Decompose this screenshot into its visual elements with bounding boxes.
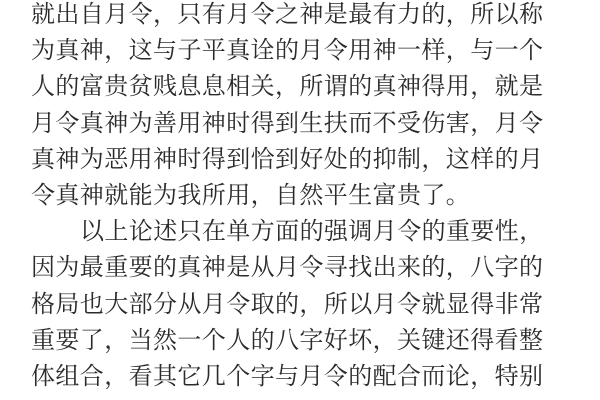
text-line-indented: 以上论述只在单方面的强调月令的重要性， (31, 213, 571, 249)
text-line: 为真神，这与子平真诠的月令用神一样，与一个 (31, 32, 571, 68)
text-line: 重要了，当然一个人的八字好坏，关键还得看整 (31, 322, 571, 358)
text-line: 就出自月令，只有月令之神是最有力的，所以称 (31, 0, 571, 32)
text-line: 令真神就能为我所用，自然平生富贵了。 (31, 177, 571, 213)
text-line: 人的富贵贫贱息息相关，所谓的真神得用，就是 (31, 68, 571, 104)
text-line: 月令真神为善用神时得到生扶而不受伤害，月令 (31, 105, 571, 141)
text-line: 因为最重要的真神是从月令寻找出来的，八字的 (31, 249, 571, 285)
text-line: 体组合，看其它几个字与月令的配合而论，特别 (31, 358, 571, 394)
text-line: 格局也大部分从月令取的，所以月令就显得非常 (31, 286, 571, 322)
paragraph-1: 就出自月令，只有月令之神是最有力的，所以称 为真神，这与子平真诠的月令用神一样，… (31, 0, 571, 213)
document-body: 就出自月令，只有月令之神是最有力的，所以称 为真神，这与子平真诠的月令用神一样，… (31, 0, 571, 394)
paragraph-2: 以上论述只在单方面的强调月令的重要性， 因为最重要的真神是从月令寻找出来的，八字… (31, 213, 571, 394)
text-line: 真神为恶用神时得到恰到好处的抑制，这样的月 (31, 141, 571, 177)
